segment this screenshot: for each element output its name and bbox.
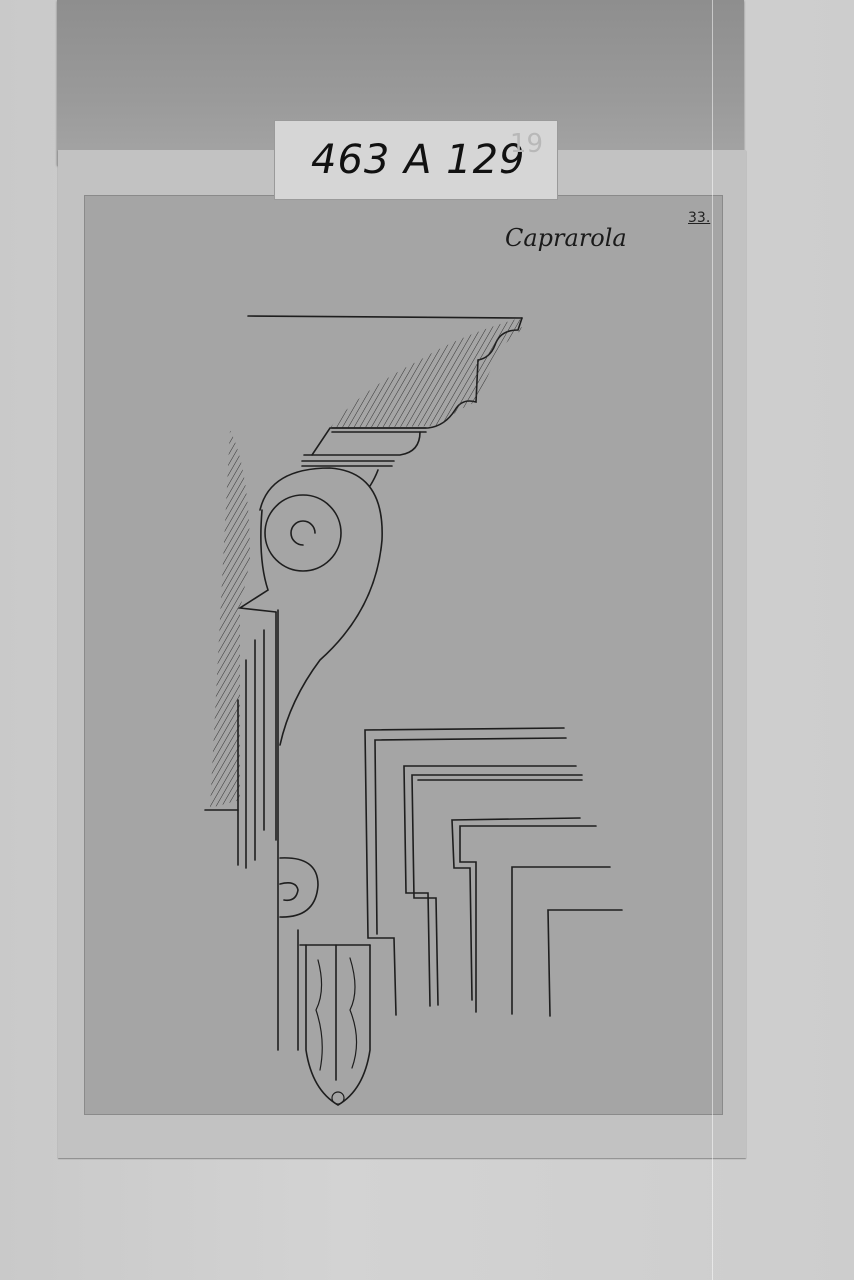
photo-crease-line (712, 0, 713, 1280)
frame-molding (365, 728, 622, 1016)
lower-ornament (280, 858, 370, 1105)
cornice-profile (248, 316, 522, 466)
console-scroll (205, 430, 382, 1050)
architectural-drawing (0, 0, 854, 1280)
